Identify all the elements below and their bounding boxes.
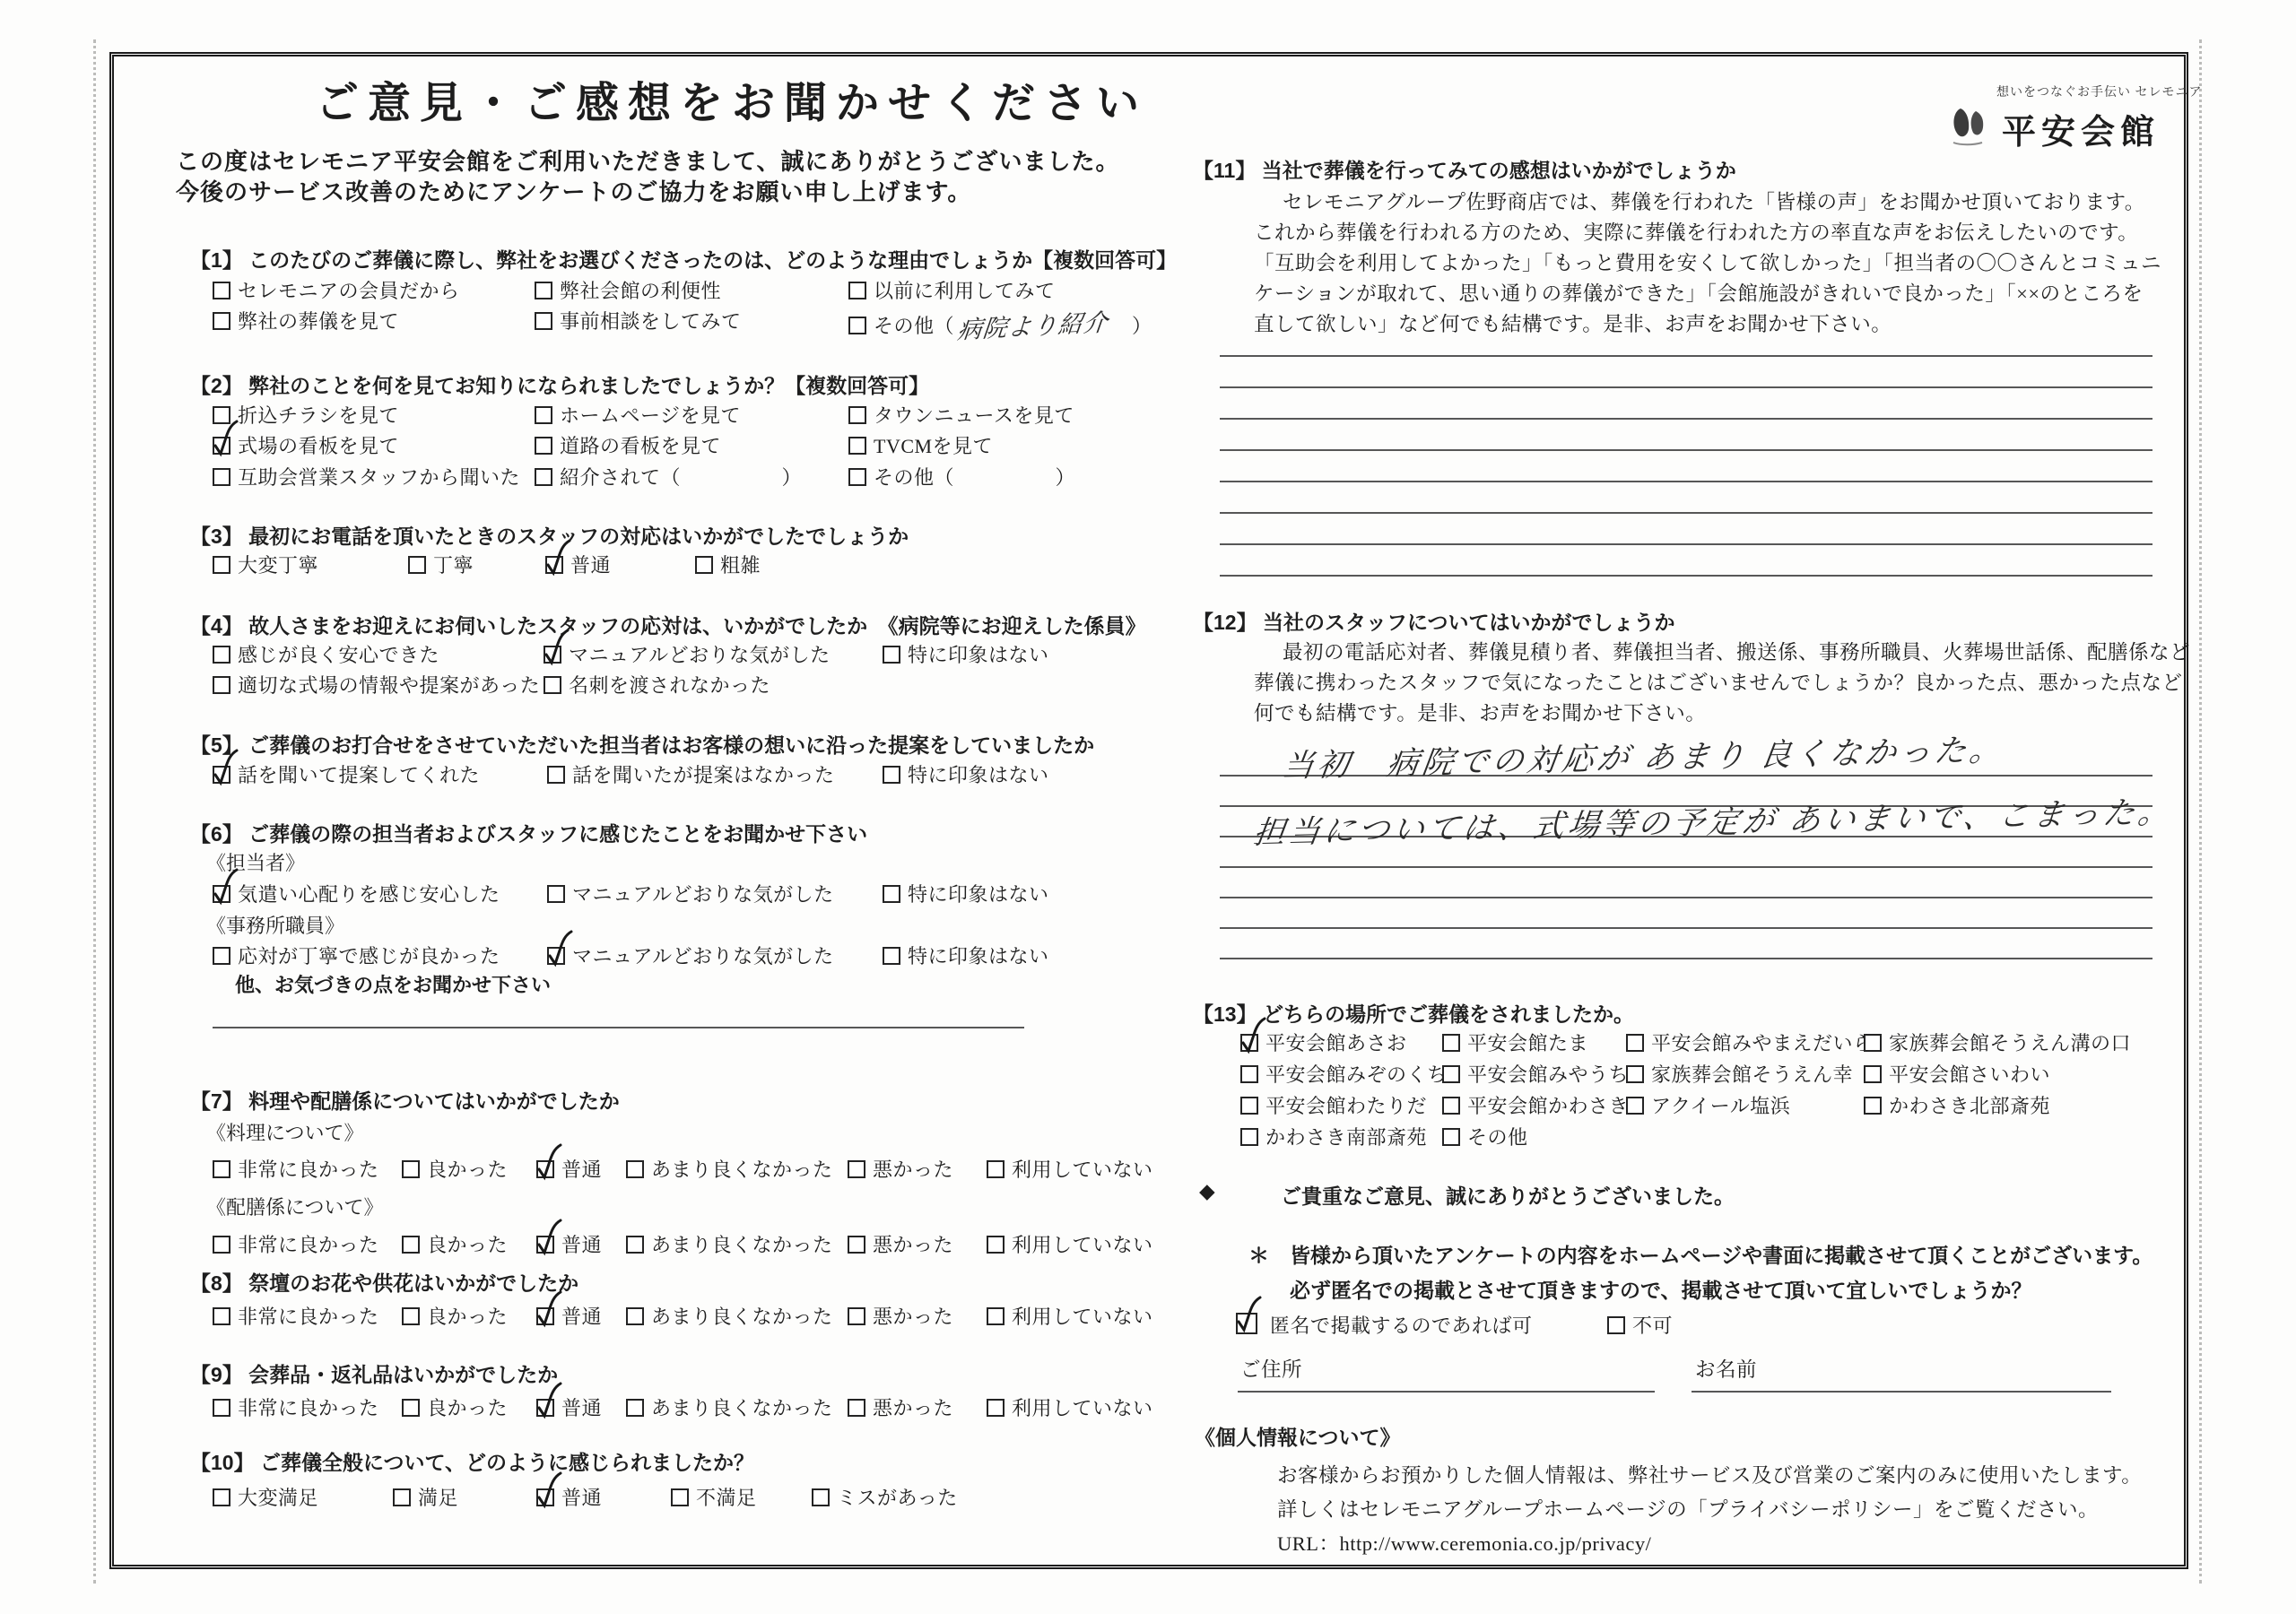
option-label: 利用していない xyxy=(1012,1234,1153,1256)
scanned-survey-page: ご意見・ご感想をお聞かせください この度はセレモニア平安会館をご利用いただきまし… xyxy=(0,0,2296,1614)
option-label: 普通 xyxy=(561,1397,602,1419)
survey-option: 良かった xyxy=(402,1302,508,1330)
survey-option: 非常に良かった xyxy=(213,1393,379,1421)
sub-label: 《事務所職員》 xyxy=(206,911,344,939)
checkbox-checked[interactable] xyxy=(213,437,230,455)
survey-option: 平安会館みやまえだいら xyxy=(1626,1028,1874,1056)
option-label: 悪かった xyxy=(873,1306,953,1328)
option-label: 平安会館みやまえだいら xyxy=(1651,1032,1874,1054)
checkbox[interactable] xyxy=(626,1236,644,1254)
survey-option: 平安会館みぞのくち xyxy=(1240,1060,1448,1088)
logo-tagline: 想いをつなぐお手伝い セレモニア xyxy=(1946,82,2179,100)
checkbox[interactable] xyxy=(848,1307,865,1325)
survey-option: 特に印象はない xyxy=(883,941,1049,969)
survey-option: 弊社の葬儀を見て xyxy=(213,307,399,334)
survey-option: 普通 xyxy=(536,1483,602,1511)
checkbox[interactable] xyxy=(213,312,230,330)
checkbox[interactable] xyxy=(213,947,230,965)
logo-name: 平安会館 xyxy=(2002,104,2160,153)
checkbox[interactable] xyxy=(535,282,552,299)
question-heading-6: 【6】 ご葬儀の際の担当者およびスタッフに感じたことをお聞かせ下さい xyxy=(190,818,867,847)
checkbox-checked[interactable] xyxy=(536,1399,554,1417)
checkbox[interactable] xyxy=(883,885,900,903)
sub-label: 《配膳係について》 xyxy=(206,1193,384,1220)
checkbox[interactable] xyxy=(393,1488,411,1506)
question-heading-4: 【4】 故人さまをお迎えにお伺いしたスタッフの応対は、いかがでしたか 《病院等に… xyxy=(190,610,1146,639)
survey-option: 不可 xyxy=(1607,1311,1673,1339)
survey-option: 粗雑 xyxy=(695,551,761,578)
survey-option: その他（ ） xyxy=(848,463,1075,490)
option-label: 普通 xyxy=(561,1306,602,1328)
checkbox[interactable] xyxy=(1240,1097,1258,1115)
survey-option: あまり良くなかった xyxy=(626,1393,833,1421)
checkbox[interactable] xyxy=(213,282,230,299)
question-heading-7: 【7】 料理や配膳係についてはいかがでしたか xyxy=(190,1085,620,1115)
survey-option: 特に印象はない xyxy=(883,640,1049,668)
option-label: 良かった xyxy=(427,1306,508,1328)
publish-note-line: 皆様から頂いたアンケートの内容をホームページや書面に掲載させて頂くことがございま… xyxy=(1290,1239,2152,1269)
survey-option: 普通 xyxy=(536,1393,602,1421)
option-label: ミスがあった xyxy=(837,1487,958,1509)
survey-option: 利用していない xyxy=(987,1230,1153,1258)
checkbox[interactable] xyxy=(1626,1034,1644,1052)
checkbox-checked[interactable] xyxy=(536,1236,554,1254)
option-label: 悪かった xyxy=(873,1234,953,1256)
option-label: アクイール塩浜 xyxy=(1651,1095,1790,1117)
option-label: マニュアルどおりな気がした xyxy=(572,883,834,906)
checkbox[interactable] xyxy=(535,312,552,330)
q11-body-line: 直して欲しい」など何でも結構です。是非、お声をお聞かせ下さい。 xyxy=(1254,308,1892,337)
survey-option: 非常に良かった xyxy=(213,1155,379,1183)
checkbox[interactable] xyxy=(402,1160,420,1178)
option-label: 適切な式場の情報や提案があった xyxy=(238,674,540,697)
checkbox[interactable] xyxy=(1442,1128,1460,1146)
survey-option: 特に印象はない xyxy=(883,760,1049,788)
survey-option: 悪かった xyxy=(848,1230,953,1258)
option-label: 平安会館みぞのくち xyxy=(1265,1063,1448,1086)
option-label: タウンニュースを見て xyxy=(874,404,1074,427)
option-label: 普通 xyxy=(570,554,611,577)
checkbox[interactable] xyxy=(848,1160,865,1178)
checkbox[interactable] xyxy=(1442,1065,1460,1083)
option-label: 非常に良かった xyxy=(238,1306,379,1328)
survey-option: マニュアルどおりな気がした xyxy=(547,941,834,969)
option-label: その他（ ） xyxy=(874,466,1075,489)
option-label: 匿名で掲載するのであれば可 xyxy=(1270,1315,1533,1337)
option-label: 感じが良く安心できた xyxy=(238,644,439,666)
checkbox-checked[interactable] xyxy=(536,1307,554,1325)
option-label-tail: ） xyxy=(1112,315,1152,337)
q11-body-line: これから葬儀を行われる方のため、実際に葬儀を行われた方の率直な声をお伝えしたいの… xyxy=(1254,217,2138,246)
checkbox[interactable] xyxy=(848,468,866,486)
q12-body-line: 最初の電話応対者、葬儀見積り者、葬儀担当者、搬送係、事務所職員、火葬場世話係、配… xyxy=(1283,637,2190,665)
privacy-url-line: URL：http://www.ceremonia.co.jp/privacy/ xyxy=(1277,1528,1651,1557)
intro-line-2: 今後のサービス改善のためにアンケートのご協力をお願い申し上げます。 xyxy=(176,174,971,207)
survey-option: 平安会館さいわい xyxy=(1864,1060,2050,1088)
page-title: ご意見・ご感想をお聞かせください xyxy=(316,68,1148,130)
checkbox[interactable] xyxy=(626,1399,644,1417)
option-label: 以前に利用してみて xyxy=(874,280,1056,302)
survey-option: 家族葬会館そうえん溝の口 xyxy=(1864,1028,2131,1056)
checkbox[interactable] xyxy=(213,1236,230,1254)
option-label: 平安会館わたりだ xyxy=(1265,1095,1427,1117)
checkbox[interactable] xyxy=(987,1399,1004,1417)
option-label: 普通 xyxy=(561,1158,602,1181)
checkbox[interactable] xyxy=(1607,1316,1625,1334)
question-heading-10: 【10】 ご葬儀全般について、どのように感じられましたか？ xyxy=(190,1446,754,1476)
scan-edge-artifact-right xyxy=(2199,39,2202,1584)
checkbox-checked[interactable] xyxy=(536,1488,554,1506)
checkbox[interactable] xyxy=(213,676,230,694)
survey-option: 利用していない xyxy=(987,1393,1153,1421)
handwritten-answer: 病院より紹介 xyxy=(956,302,1110,345)
checkbox[interactable] xyxy=(848,1399,865,1417)
option-label: 利用していない xyxy=(1012,1306,1153,1328)
survey-option: 式場の看板を見て xyxy=(213,431,399,459)
option-label: 平安会館かわさき xyxy=(1467,1095,1629,1117)
option-label: 悪かった xyxy=(873,1397,953,1419)
name-input-line xyxy=(1692,1391,2111,1393)
privacy-heading: 《個人情報について》 xyxy=(1195,1421,1401,1451)
checkbox[interactable] xyxy=(848,317,866,334)
option-label: 特に印象はない xyxy=(908,764,1049,786)
url-label: URL： xyxy=(1277,1532,1340,1555)
survey-option: 家族葬会館そうえん幸 xyxy=(1626,1060,1853,1088)
q12-answer-line xyxy=(1220,897,2152,898)
option-label: 丁寧 xyxy=(433,554,474,577)
checkbox[interactable] xyxy=(402,1307,420,1325)
option-label: 非常に良かった xyxy=(238,1234,379,1256)
q11-body-line: ケーションが取れて、思い通りの葬儀ができた」「会館施設がきれいで良かった」「××… xyxy=(1254,278,2144,307)
option-label: 特に印象はない xyxy=(908,883,1049,906)
question-heading-11: 【11】 当社で葬儀を行ってみての感想はいかがでしょうか xyxy=(1193,154,1736,184)
option-label: あまり良くなかった xyxy=(651,1158,833,1181)
checkbox[interactable] xyxy=(213,1399,230,1417)
option-label: 道路の看板を見て xyxy=(560,435,721,457)
checkbox[interactable] xyxy=(402,1399,420,1417)
q11-answer-line xyxy=(1220,355,2152,357)
q11-body-line: セレモニアグループ佐野商店では、葬儀を行われた「皆様の声」をお聞かせ頂いておりま… xyxy=(1283,187,2145,215)
checkbox[interactable] xyxy=(213,468,230,486)
question-heading-9: 【9】 会葬品・返礼品はいかがでしたか xyxy=(190,1358,558,1388)
checkbox-checked[interactable] xyxy=(547,947,565,965)
checkbox[interactable] xyxy=(1626,1097,1644,1115)
checkbox[interactable] xyxy=(402,1236,420,1254)
checkbox[interactable] xyxy=(1864,1065,1882,1083)
q11-answer-line xyxy=(1220,575,2152,577)
checkbox[interactable] xyxy=(883,646,900,664)
scan-edge-artifact-left xyxy=(93,39,96,1584)
survey-option: あまり良くなかった xyxy=(626,1155,833,1183)
checkbox[interactable] xyxy=(213,646,230,664)
option-label: 良かった xyxy=(427,1397,508,1419)
option-label: あまり良くなかった xyxy=(651,1306,833,1328)
survey-option: TVCMを見て xyxy=(848,431,993,459)
option-label: 非常に良かった xyxy=(238,1397,379,1419)
checkbox-checked[interactable] xyxy=(213,885,230,903)
checkbox[interactable] xyxy=(1240,1128,1258,1146)
option-label: 式場の看板を見て xyxy=(238,435,399,457)
option-label: 平安会館たま xyxy=(1467,1032,1588,1054)
privacy-policy-url[interactable]: http://www.ceremonia.co.jp/privacy/ xyxy=(1340,1532,1652,1555)
option-label: 普通 xyxy=(561,1234,602,1256)
checkbox-checked[interactable] xyxy=(213,766,230,784)
checkbox[interactable] xyxy=(883,947,900,965)
survey-option: 特に印象はない xyxy=(883,880,1049,907)
survey-option: 悪かった xyxy=(848,1393,953,1421)
option-label: 大変満足 xyxy=(238,1487,318,1509)
option-label: 家族葬会館そうえん幸 xyxy=(1651,1063,1853,1086)
diamond-bullet: ◆ xyxy=(1199,1180,1215,1203)
option-label: かわさき北部斎苑 xyxy=(1889,1095,2050,1117)
question-heading-2: 【2】 弊社のことを何を見てお知りになられましたでしょうか？【複数回答可】 xyxy=(190,369,929,399)
survey-option: 平安会館あさお xyxy=(1240,1028,1407,1056)
q11-answer-line xyxy=(1220,449,2152,451)
checkbox[interactable] xyxy=(1442,1097,1460,1115)
checkbox[interactable] xyxy=(1240,1065,1258,1083)
checkbox[interactable] xyxy=(987,1307,1004,1325)
survey-option: ホームページを見て xyxy=(535,401,741,429)
option-label: 折込チラシを見て xyxy=(238,404,399,427)
option-label: 互助会営業スタッフから聞いた xyxy=(238,466,520,489)
survey-option: 感じが良く安心できた xyxy=(213,640,439,668)
survey-option: 応対が丁寧で感じが良かった xyxy=(213,941,500,969)
option-label: 不可 xyxy=(1632,1315,1673,1337)
q12-answer-line xyxy=(1220,866,2152,868)
option-label: かわさき南部斎苑 xyxy=(1265,1126,1427,1149)
option-label: その他（ xyxy=(874,315,954,337)
q11-answer-line xyxy=(1220,418,2152,420)
option-label: マニュアルどおりな気がした xyxy=(569,644,831,666)
survey-option: 適切な式場の情報や提案があった xyxy=(213,671,540,699)
survey-option: 平安会館たま xyxy=(1442,1028,1588,1056)
checkbox[interactable] xyxy=(535,468,552,486)
checkbox[interactable] xyxy=(883,766,900,784)
option-label: 非常に良かった xyxy=(238,1158,379,1181)
asterisk-bullet: ＊ xyxy=(1248,1239,1269,1269)
survey-option: 紹介されて（ ） xyxy=(535,463,802,490)
survey-option: 利用していない xyxy=(987,1155,1153,1183)
survey-option: ミスがあった xyxy=(812,1483,958,1511)
checkbox[interactable] xyxy=(987,1236,1004,1254)
checkbox[interactable] xyxy=(848,437,866,455)
option-label: 弊社の葬儀を見て xyxy=(238,310,399,333)
survey-option: かわさき北部斎苑 xyxy=(1864,1091,2050,1119)
intro-line-1: この度はセレモニア平安会館をご利用いただきまして、誠にありがとうございました。 xyxy=(176,143,1119,177)
option-label: 話を聞いて提案してくれた xyxy=(238,764,480,786)
option-label: 話を聞いたが提案はなかった xyxy=(572,764,835,786)
sub-label: 《料理について》 xyxy=(206,1118,364,1146)
checkbox[interactable] xyxy=(547,885,565,903)
checkbox[interactable] xyxy=(671,1488,689,1506)
checkbox-checked[interactable] xyxy=(544,646,561,664)
option-label: 良かった xyxy=(427,1158,508,1181)
checkbox[interactable] xyxy=(848,1236,865,1254)
checkbox-checked[interactable] xyxy=(545,556,563,574)
q11-answer-line xyxy=(1220,481,2152,482)
option-label: あまり良くなかった xyxy=(651,1397,833,1419)
address-input-line xyxy=(1238,1391,1655,1393)
survey-option: 大変丁寧 xyxy=(213,551,318,578)
checkbox[interactable] xyxy=(1864,1097,1882,1115)
option-label: 平安会館さいわい xyxy=(1889,1063,2050,1086)
option-label: 気遣い心配りを感じ安心した xyxy=(238,883,500,906)
checkbox[interactable] xyxy=(626,1307,644,1325)
checkbox[interactable] xyxy=(213,1488,230,1506)
checkbox[interactable] xyxy=(1442,1034,1460,1052)
option-label: 事前相談をしてみて xyxy=(560,310,742,333)
survey-option: 普通 xyxy=(536,1302,602,1330)
survey-option: 良かった xyxy=(402,1155,508,1183)
survey-option: 以前に利用してみて xyxy=(848,276,1056,304)
survey-option: 普通 xyxy=(536,1230,602,1258)
survey-option: 利用していない xyxy=(987,1302,1153,1330)
option-label: ホームページを見て xyxy=(560,404,741,427)
checkbox-checked[interactable] xyxy=(536,1160,554,1178)
option-label: 家族葬会館そうえん溝の口 xyxy=(1889,1032,2131,1054)
survey-option: 弊社会館の利便性 xyxy=(535,276,721,304)
thanks-text: ご貴重なご意見、誠にありがとうございました。 xyxy=(1281,1180,1735,1210)
survey-option: 気遣い心配りを感じ安心した xyxy=(213,880,500,907)
question-heading-8: 【8】 祭壇のお花や供花はいかがでしたか xyxy=(190,1267,578,1297)
option-label: 利用していない xyxy=(1012,1158,1153,1181)
checkbox[interactable] xyxy=(213,556,230,574)
option-label: 満足 xyxy=(418,1487,458,1509)
checkbox[interactable] xyxy=(812,1488,830,1506)
survey-option: かわさき南部斎苑 xyxy=(1240,1123,1427,1150)
survey-option: あまり良くなかった xyxy=(626,1302,833,1330)
option-label: 悪かった xyxy=(873,1158,953,1181)
option-label: 利用していない xyxy=(1012,1397,1153,1419)
survey-option: マニュアルどおりな気がした xyxy=(547,880,834,907)
checkbox[interactable] xyxy=(1626,1065,1644,1083)
survey-option: 大変満足 xyxy=(213,1483,318,1511)
flower-icon xyxy=(1946,103,1991,154)
checkbox[interactable] xyxy=(544,676,561,694)
survey-option: マニュアルどおりな気がした xyxy=(544,640,831,668)
survey-option: 話を聞いて提案してくれた xyxy=(213,760,480,788)
q11-body-line: 「互助会を利用してよかった」「もっと費用を安くして欲しかった」「担当者の〇〇さん… xyxy=(1254,247,2161,276)
checkbox[interactable] xyxy=(408,556,426,574)
survey-option: 名刺を渡されなかった xyxy=(544,671,770,699)
q11-answer-line xyxy=(1220,512,2152,514)
option-label: 不満足 xyxy=(696,1487,757,1509)
survey-option: 満足 xyxy=(393,1483,458,1511)
privacy-body-line: 詳しくはセレモニアグループホームページの「プライバシーポリシー」をご覧ください。 xyxy=(1277,1494,2099,1523)
survey-option: 匿名で掲載するのであれば可 xyxy=(1236,1311,1533,1339)
checkbox[interactable] xyxy=(535,406,552,424)
survey-option: 良かった xyxy=(402,1393,508,1421)
option-label: 特に印象はない xyxy=(908,644,1049,666)
option-label: 応対が丁寧で感じが良かった xyxy=(238,945,500,968)
survey-option: 普通 xyxy=(536,1155,602,1183)
checkbox[interactable] xyxy=(213,1307,230,1325)
survey-option: その他 xyxy=(1442,1123,1528,1150)
checkbox[interactable] xyxy=(695,556,713,574)
survey-option: 普通 xyxy=(545,551,611,578)
survey-option: 平安会館みやうち xyxy=(1442,1060,1629,1088)
survey-option: タウンニュースを見て xyxy=(848,401,1074,429)
question-heading-12: 【12】 当社のスタッフについてはいかがでしょうか xyxy=(1193,606,1675,636)
checkbox[interactable] xyxy=(1864,1034,1882,1052)
survey-option: 互助会営業スタッフから聞いた xyxy=(213,463,520,490)
survey-option: アクイール塩浜 xyxy=(1626,1091,1790,1119)
option-label: 平安会館みやうち xyxy=(1467,1063,1629,1086)
option-label: 弊社会館の利便性 xyxy=(560,280,721,302)
option-label: その他 xyxy=(1467,1126,1528,1149)
survey-option: 非常に良かった xyxy=(213,1302,379,1330)
free-comment-prompt: 他、お気づきの点をお聞かせ下さい xyxy=(235,970,551,998)
company-logo: 想いをつなぐお手伝い セレモニア 平安会館 xyxy=(1946,82,2179,154)
survey-option: セレモニアの会員だから xyxy=(213,276,460,304)
option-label: あまり良くなかった xyxy=(651,1234,833,1256)
checkbox-checked[interactable] xyxy=(1236,1313,1257,1334)
survey-option: 話を聞いたが提案はなかった xyxy=(547,760,835,788)
q11-answer-line xyxy=(1220,543,2152,545)
checkbox[interactable] xyxy=(535,437,552,455)
question-heading-1: 【1】 このたびのご葬儀に際し、弊社をお選びくださったのは、どのような理由でしょ… xyxy=(190,244,1177,273)
q12-body-line: 葬儀に携わったスタッフで気になったことはございませんでしょうか？良かった点、悪か… xyxy=(1254,667,2182,696)
address-label: ご住所 xyxy=(1240,1354,1302,1383)
option-label: 特に印象はない xyxy=(908,945,1049,968)
option-label: 大変丁寧 xyxy=(238,554,318,577)
option-label: TVCMを見て xyxy=(874,435,993,457)
option-label: マニュアルどおりな気がした xyxy=(572,945,834,968)
survey-option: 悪かった xyxy=(848,1155,953,1183)
name-label: お名前 xyxy=(1695,1354,1757,1383)
survey-option: 平安会館かわさき xyxy=(1442,1091,1629,1119)
checkbox[interactable] xyxy=(848,406,866,424)
survey-option: 平安会館わたりだ xyxy=(1240,1091,1427,1119)
checkbox[interactable] xyxy=(987,1160,1004,1178)
survey-option: 丁寧 xyxy=(408,551,474,578)
checkbox[interactable] xyxy=(547,766,565,784)
option-label: 名刺を渡されなかった xyxy=(569,674,770,697)
q12-answer-line xyxy=(1220,958,2152,959)
checkbox[interactable] xyxy=(848,282,866,299)
survey-option: あまり良くなかった xyxy=(626,1230,833,1258)
survey-option: 事前相談をしてみて xyxy=(535,307,742,334)
publish-note-line: 必ず匿名での掲載とさせて頂きますので、掲載させて頂いて宜しいでしょうか？ xyxy=(1290,1274,2032,1304)
option-label: 紹介されて（ ） xyxy=(560,466,802,489)
checkbox[interactable] xyxy=(626,1160,644,1178)
survey-option: 道路の看板を見て xyxy=(535,431,721,459)
survey-option: 良かった xyxy=(402,1230,508,1258)
q11-answer-line xyxy=(1220,386,2152,388)
survey-option: 不満足 xyxy=(671,1483,757,1511)
question-heading-5: 【5】 ご葬儀のお打合せをさせていただいた担当者はお客様の想いに沿った提案をして… xyxy=(190,729,1094,759)
survey-option: 非常に良かった xyxy=(213,1230,379,1258)
survey-option: 悪かった xyxy=(848,1302,953,1330)
privacy-body-line: お客様からお預かりした個人情報は、弊社サービス及び営業のご案内のみに使用いたしま… xyxy=(1277,1460,2142,1488)
checkbox-checked[interactable] xyxy=(1240,1034,1258,1052)
comment-line xyxy=(213,1027,1024,1028)
option-label: 良かった xyxy=(427,1234,508,1256)
option-label: 普通 xyxy=(561,1487,602,1509)
option-label: セレモニアの会員だから xyxy=(238,280,460,302)
checkbox[interactable] xyxy=(213,1160,230,1178)
survey-option: その他（病院より紹介 ） xyxy=(848,307,1152,342)
option-label: 粗雑 xyxy=(720,554,761,577)
q12-body-line: 何でも結構です。是非、お声をお聞かせ下さい。 xyxy=(1254,698,1706,726)
option-label: 平安会館あさお xyxy=(1265,1032,1407,1054)
q12-answer-line xyxy=(1220,927,2152,929)
